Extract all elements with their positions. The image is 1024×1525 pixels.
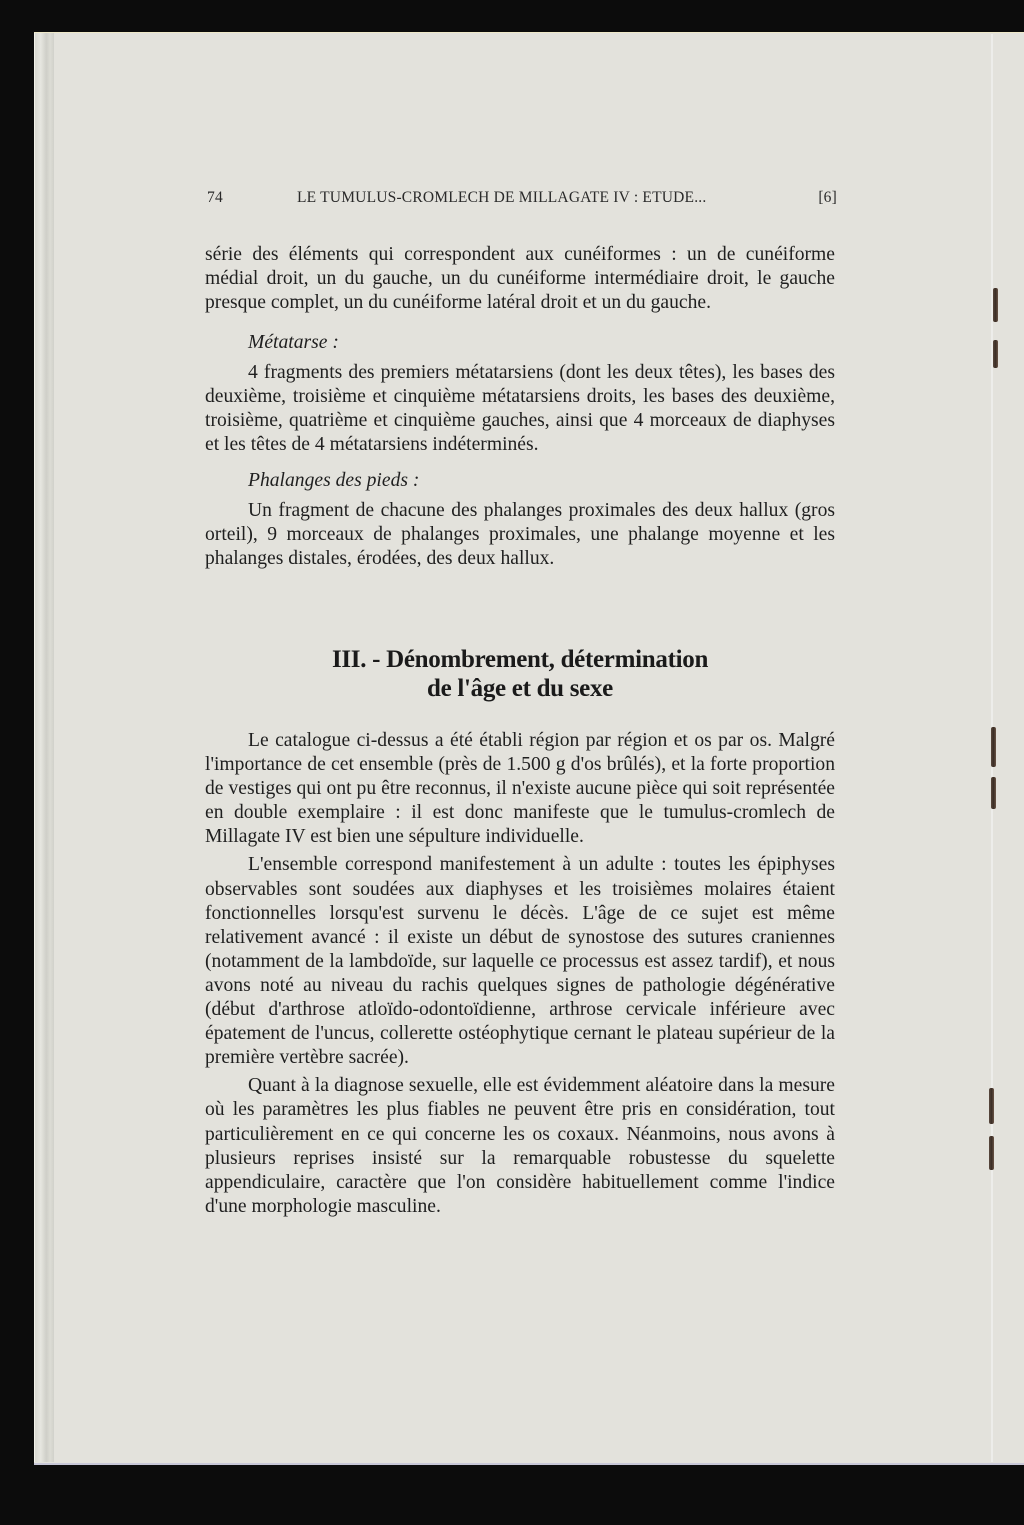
section-metatarse: Métatarse : 4 fragments des premiers mét… (205, 331, 835, 457)
chapter-heading-line-1: III. - Dénombrement, détermination (205, 645, 835, 674)
running-header: 74 LE TUMULUS-CROMLECH DE MILLAGATE IV :… (207, 189, 837, 207)
paragraph-age: L'ensemble correspond manifestement à un… (205, 853, 835, 1070)
section-phalanges: Phalanges des pieds : Un fragment de cha… (205, 469, 835, 571)
page-stack-edge (34, 33, 54, 1462)
intro-paragraph: série des éléments qui correspondent aux… (205, 243, 835, 315)
staple-2b (991, 777, 996, 809)
paragraph-metatarse: 4 fragments des premiers métatarsiens (d… (205, 361, 835, 457)
subheading-metatarse: Métatarse : (205, 331, 835, 355)
page-number: 74 (207, 189, 223, 207)
staple-3a (989, 1088, 994, 1124)
staple-1b (993, 340, 998, 368)
paragraph-sex: Quant à la diagnose sexuelle, elle est é… (205, 1074, 835, 1219)
running-title: LE TUMULUS-CROMLECH DE MILLAGATE IV : ET… (297, 189, 706, 207)
intro-block: série des éléments qui correspondent aux… (205, 243, 835, 315)
paragraph-phalanges: Un fragment de chacune des phalanges pro… (205, 499, 835, 571)
staple-3b (989, 1136, 994, 1170)
paragraph-catalogue: Le catalogue ci-dessus a été établi régi… (205, 729, 835, 849)
staple-2a (991, 727, 996, 767)
chapter-heading-line-2: de l'âge et du sexe (205, 674, 835, 703)
chapter-heading: III. - Dénombrement, détermination de l'… (205, 645, 835, 703)
subheading-phalanges: Phalanges des pieds : (205, 469, 835, 493)
section-marker: [6] (818, 189, 837, 207)
chapter-body: Le catalogue ci-dessus a été établi régi… (205, 729, 835, 1219)
staple-1a (993, 288, 998, 322)
